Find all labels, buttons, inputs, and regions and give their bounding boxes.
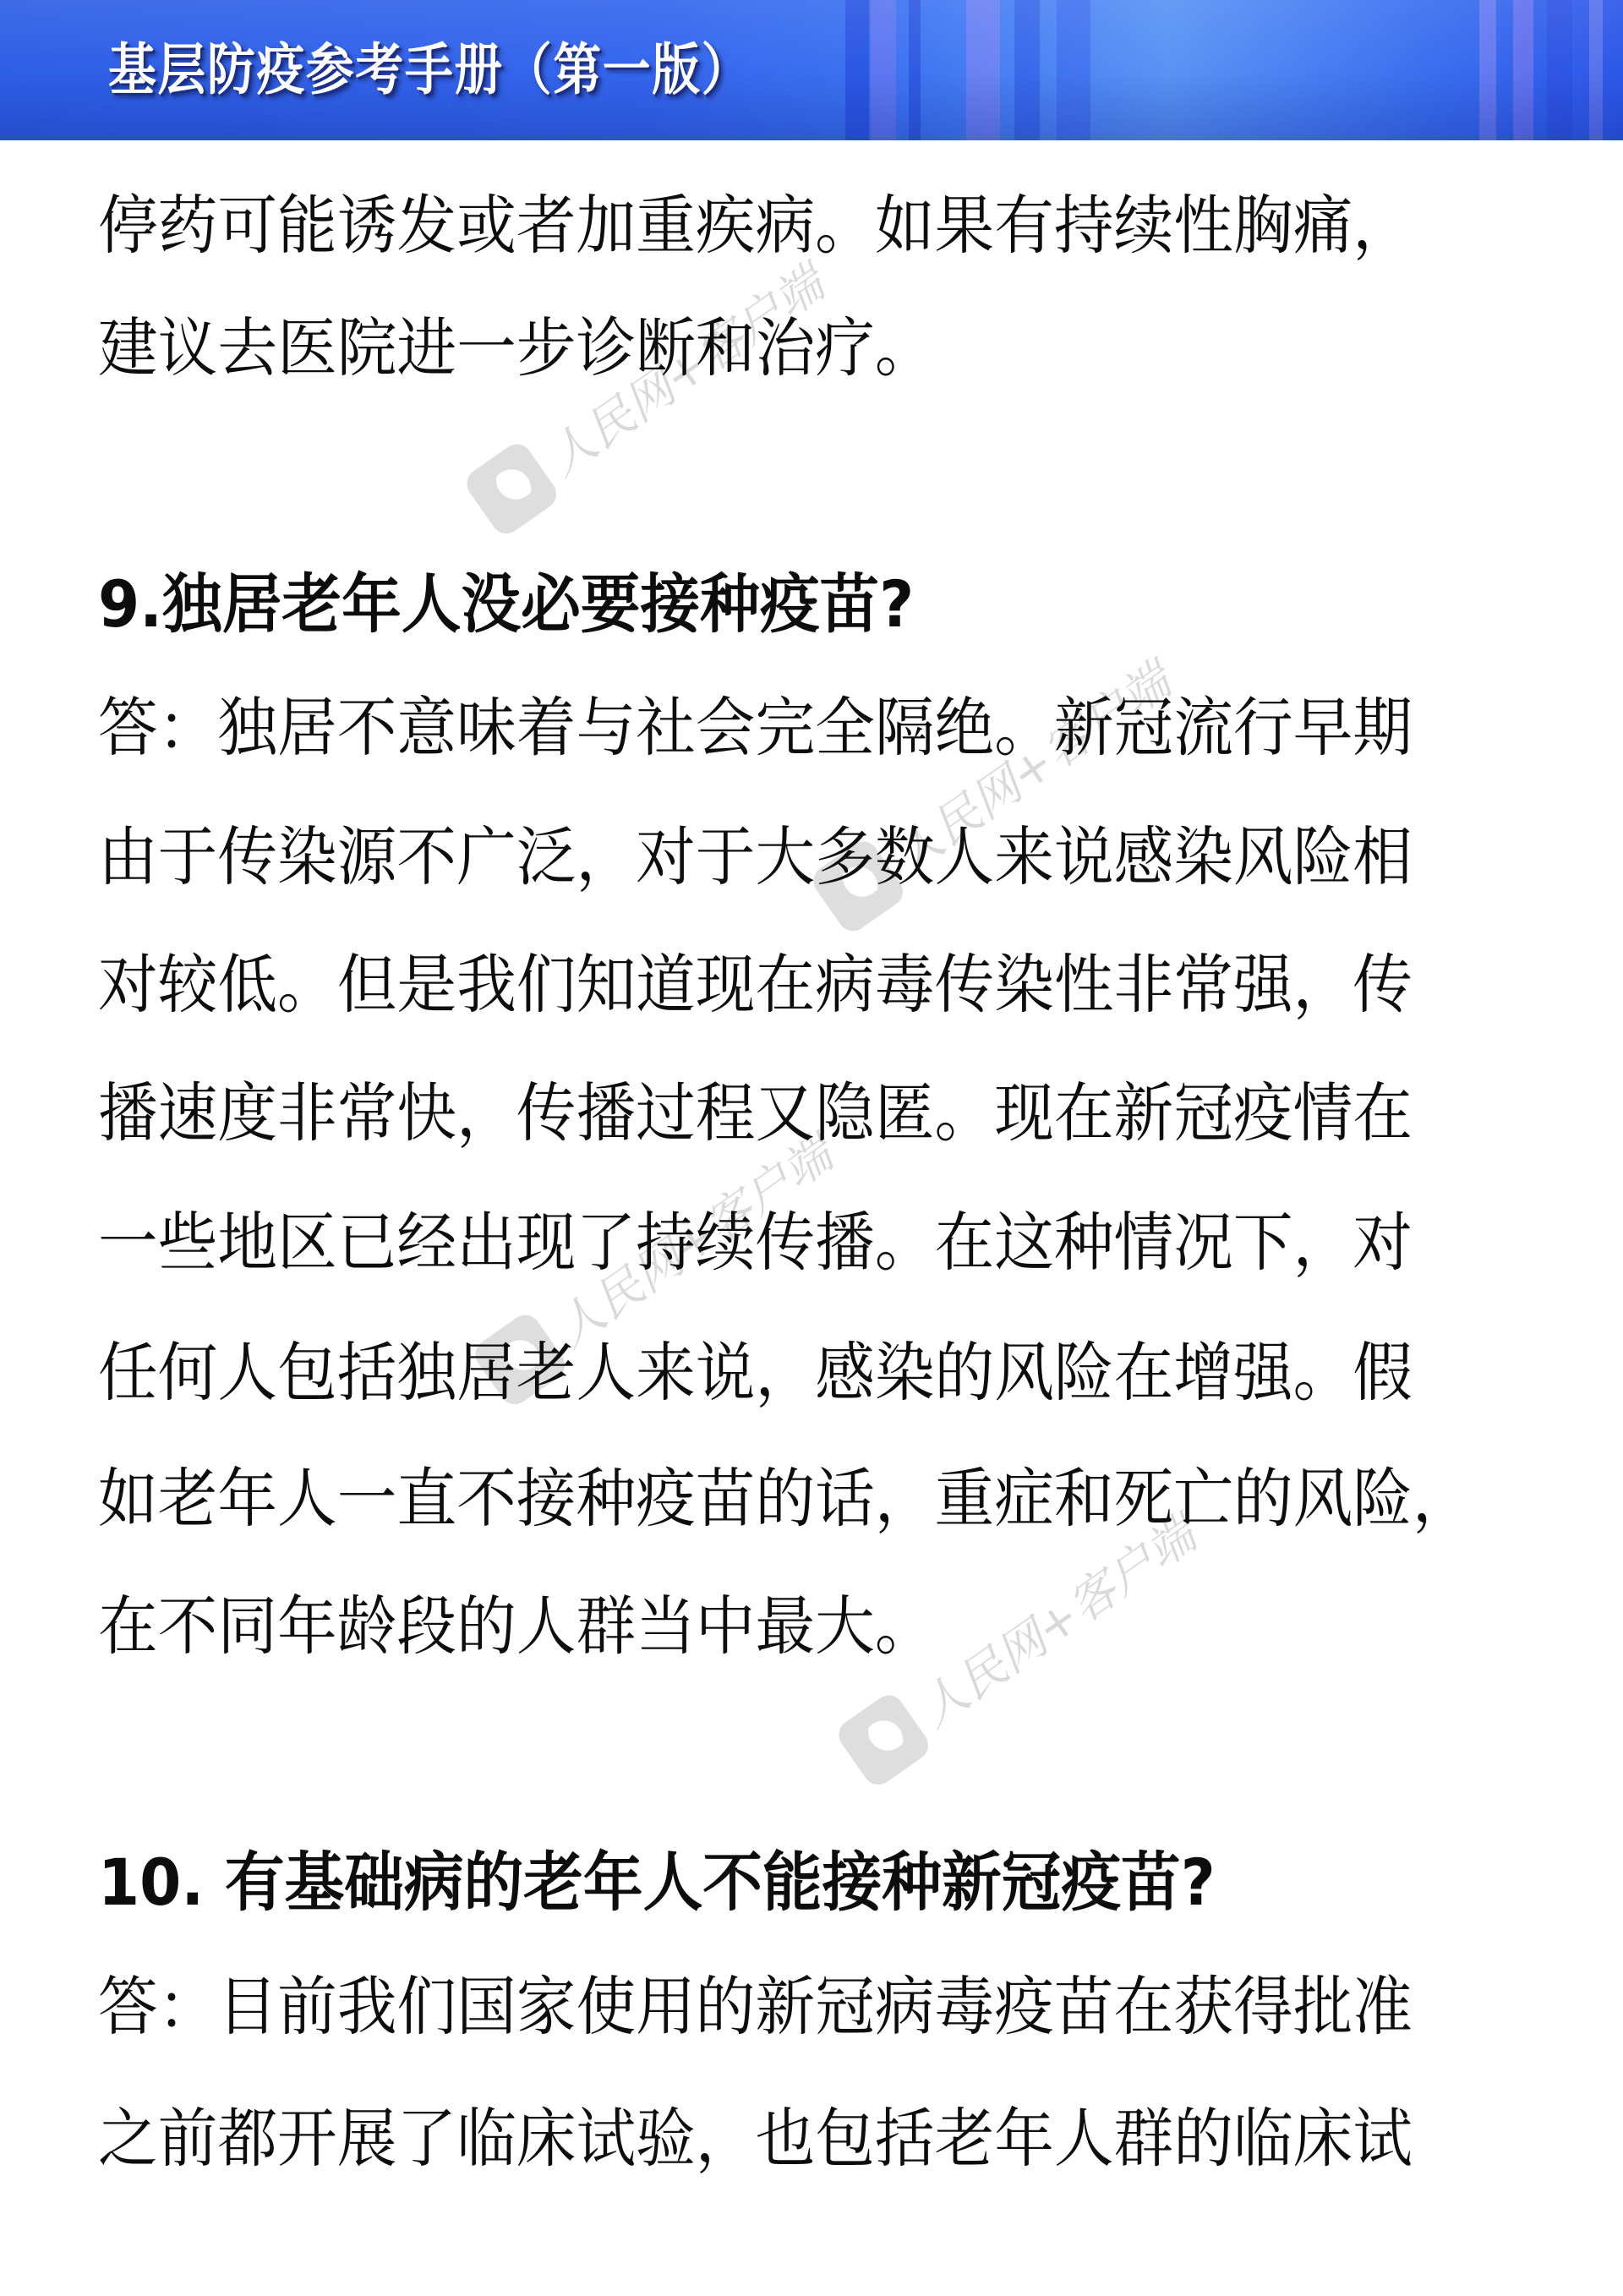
answer-line: 在不同年龄段的人群当中最大。 bbox=[98, 1588, 935, 1665]
header-banner: 基层防疫参考手册（第一版） bbox=[0, 0, 1623, 140]
question-heading-10: 10. 有基础病的老年人不能接种新冠疫苗? bbox=[98, 1845, 1216, 1921]
paragraph-line: 停药可能诱发或者加重疾病。如果有持续性胸痛， bbox=[98, 188, 1413, 264]
people-daily-logo-icon bbox=[461, 438, 562, 539]
question-heading-9: 9.独居老年人没必要接种疫苗? bbox=[98, 566, 914, 642]
answer-line: 之前都开展了临床试验，也包括老年人群的临床试 bbox=[98, 2101, 1413, 2177]
page-title: 基层防疫参考手册（第一版） bbox=[108, 34, 751, 107]
answer-line: 播速度非常快，传播过程又隐匿。现在新冠疫情在 bbox=[98, 1075, 1413, 1151]
answer-line: 对较低。但是我们知道现在病毒传染性非常强，传 bbox=[98, 947, 1413, 1023]
paragraph-line: 建议去医院进一步诊断和治疗。 bbox=[98, 310, 935, 386]
answer-line: 答：目前我们国家使用的新冠病毒疫苗在获得批准 bbox=[98, 1969, 1413, 2045]
answer-line: 由于传染源不广泛，对于大多数人来说感染风险相 bbox=[98, 819, 1413, 895]
answer-line: 一些地区已经出现了持续传播。在这种情况下，对 bbox=[98, 1205, 1413, 1281]
answer-line: 答：独居不意味着与社会完全隔绝。新冠流行早期 bbox=[98, 690, 1413, 766]
watermark: 人民网+客户端 bbox=[461, 246, 837, 539]
people-daily-logo-icon bbox=[833, 1689, 934, 1790]
answer-line: 任何人包括独居老人来说，感染的风险在增强。假 bbox=[98, 1335, 1413, 1411]
answer-line: 如老年人一直不接种疫苗的话，重症和死亡的风险， bbox=[98, 1461, 1473, 1537]
